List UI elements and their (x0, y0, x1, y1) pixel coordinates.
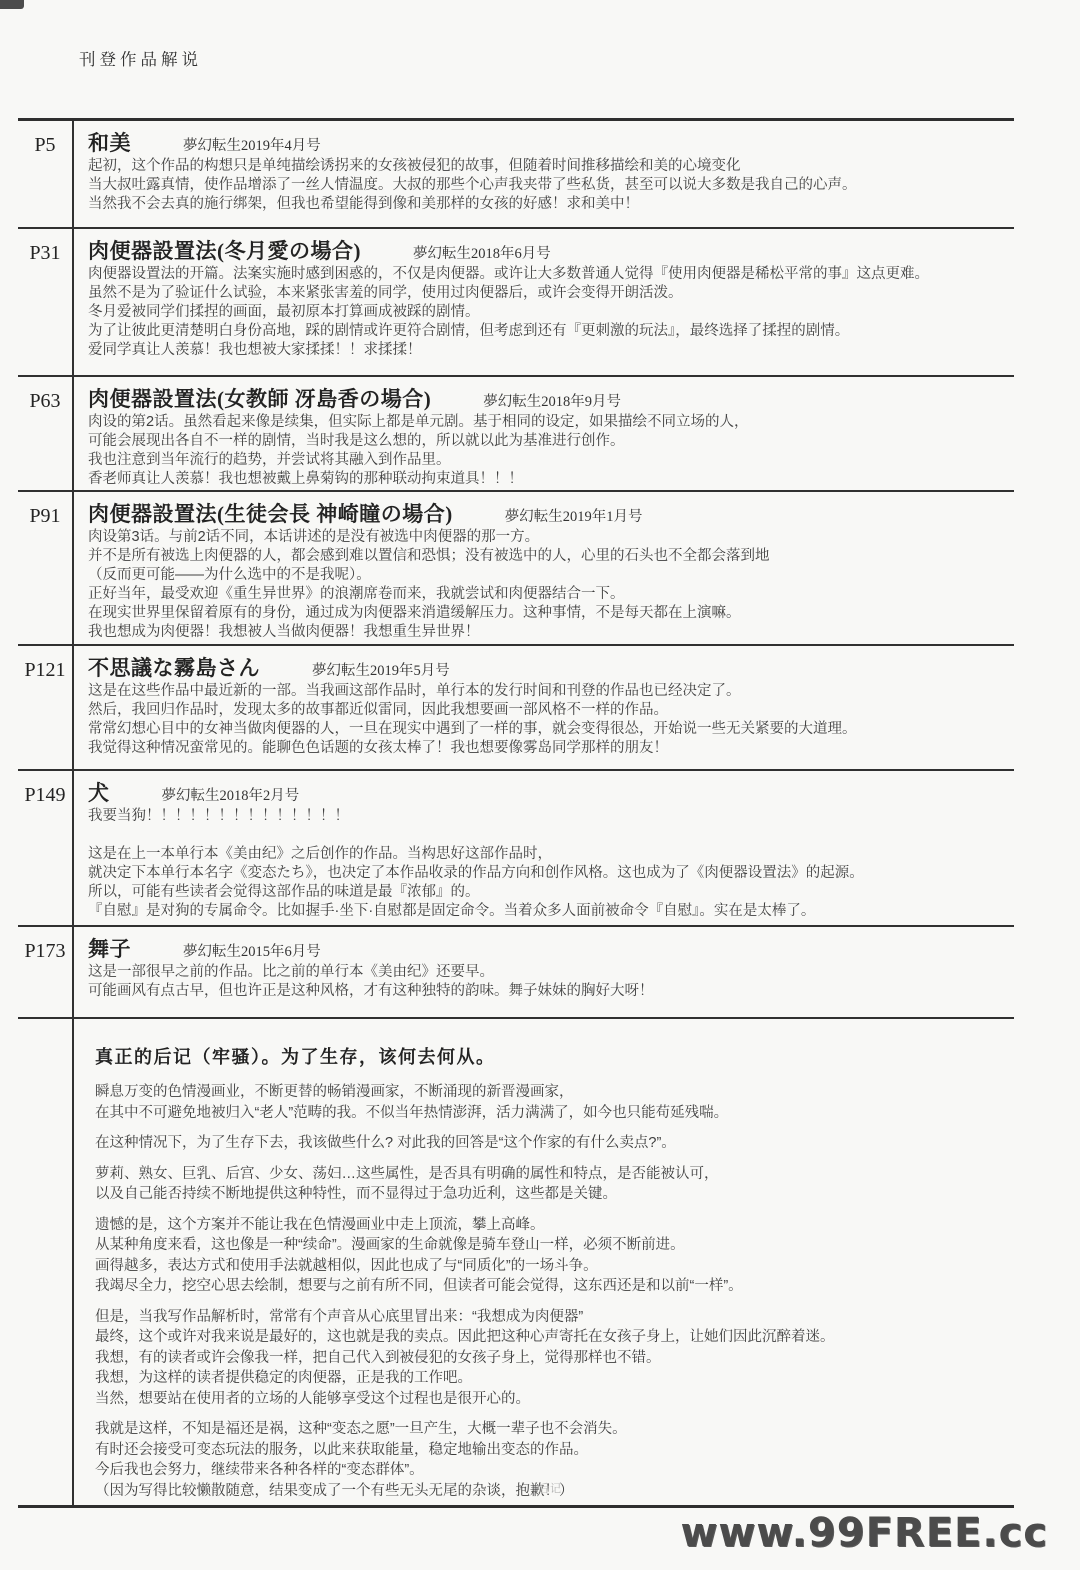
table-row-p63: P63 肉便器設置法(女教師 冴島香の場合) 夢幻転生2018年9月号 肉设的第… (18, 377, 1014, 492)
table-row-p121: P121 不思議な霧島さん 夢幻転生2019年5月号 这是在这些作品中最近新的一… (18, 646, 1014, 771)
afterword-heading: 真正的后记（牢骚）。为了生存，该何去何从。 (95, 1043, 1002, 1069)
page-title: 刊登作品解说 (79, 46, 202, 70)
afterword-paragraph: 但是，当我写作品解析时，常常有个声音从心底里冒出来：“我想成为肉便器” 最终，这… (95, 1307, 1002, 1410)
work-commentary: 肉便器设置法的开篇。法案实施时感到困惑的，不仅是肉便器。或许让大多数普通人觉得『… (88, 265, 1004, 360)
magazine-issue: 夢幻転生2018年6月号 (413, 242, 551, 263)
work-title: 舞子 (88, 933, 131, 963)
work-commentary: 肉设的第2话。虽然看起来像是续集，但实际上都是单元剧。基于相同的设定，如果描绘不… (88, 413, 1004, 489)
page-number-empty (18, 1019, 74, 1505)
page-number: P5 (18, 121, 74, 227)
work-title: 肉便器設置法(生徒会長 神崎瞳の場合) (88, 498, 453, 528)
table-row-p149: P149 犬 夢幻転生2018年2月号 我要当狗！！！！！！！！！！！！！！ 这… (18, 771, 1014, 927)
works-table: P5 和美 夢幻転生2019年4月号 起初，这个作品的构想只是单纯描绘诱拐来的女… (18, 118, 1014, 1508)
afterword-paragraph: 遗憾的是，这个方案并不能让我在色情漫画业中走上顶流，攀上高峰。 从某种角度来看，… (95, 1215, 1002, 1297)
faint-afterword-label: 后记 (538, 1480, 562, 1496)
work-commentary: 这是在这些作品中最近新的一部。当我画这部作品时，单行本的发行时间和刊登的作品也已… (88, 682, 1004, 758)
magazine-issue: 夢幻転生2019年4月号 (183, 134, 321, 155)
page-number: P91 (18, 492, 74, 644)
table-row-p31: P31 肉便器設置法(冬月愛の場合) 夢幻転生2018年6月号 肉便器设置法的开… (18, 229, 1014, 377)
work-title: 犬 (88, 777, 110, 807)
work-commentary: 肉设第3话。与前2话不同，本话讲述的是没有被选中肉便器的那一方。 并不是所有被选… (88, 528, 1004, 642)
page-number: P149 (18, 771, 74, 925)
magazine-issue: 夢幻転生2019年5月号 (312, 659, 450, 680)
work-commentary: 起初，这个作品的构想只是单纯描绘诱拐来的女孩被侵犯的故事，但随着时间推移描绘和美… (88, 157, 1004, 214)
magazine-issue: 夢幻転生2018年9月号 (483, 390, 621, 411)
table-row-p173: P173 舞子 夢幻転生2015年6月号 这是一部很早之前的作品。比之前的单行本… (18, 927, 1014, 1019)
magazine-issue: 夢幻転生2018年2月号 (162, 784, 300, 805)
watermark: www.99FREE.cc (680, 1510, 1048, 1556)
work-title: 不思議な霧島さん (88, 652, 260, 682)
afterword-row: 真正的后记（牢骚）。为了生存，该何去何从。 瞬息万变的色情漫画业，不断更替的畅销… (18, 1019, 1014, 1505)
work-title: 和美 (88, 127, 131, 157)
page-number: P173 (18, 927, 74, 1017)
page-number: P63 (18, 377, 74, 490)
afterword-paragraph: 萝莉、熟女、巨乳、后宫、少女、荡妇…这些属性，是否具有明确的属性和特点，是否能被… (95, 1164, 1002, 1205)
afterword-paragraph: 瞬息万变的色情漫画业，不断更替的畅销漫画家，不断涌现的新晋漫画家， 在其中不可避… (95, 1082, 1002, 1123)
table-row-p91: P91 肉便器設置法(生徒会長 神崎瞳の場合) 夢幻転生2019年1月号 肉设第… (18, 492, 1014, 646)
work-commentary: 这是一部很早之前的作品。比之前的单行本《美由纪》还要早。 可能画风有点古早，但也… (88, 963, 1004, 1001)
scan-artifact (0, 0, 24, 9)
page-number: P121 (18, 646, 74, 769)
work-title: 肉便器設置法(冬月愛の場合) (88, 235, 361, 265)
work-title: 肉便器設置法(女教師 冴島香の場合) (88, 383, 431, 413)
page-number: P31 (18, 229, 74, 375)
magazine-issue: 夢幻転生2015年6月号 (183, 940, 321, 961)
afterword-paragraph: 在这种情况下，为了生存下去，我该做些什么? 对此我的回答是“这个作家的有什么卖点… (95, 1133, 1002, 1154)
table-row-p5: P5 和美 夢幻転生2019年4月号 起初，这个作品的构想只是单纯描绘诱拐来的女… (18, 121, 1014, 229)
work-commentary: 我要当狗！！！！！！！！！！！！！！ 这是在上一本单行本《美由纪》之后创作的作品… (88, 807, 1004, 921)
magazine-issue: 夢幻転生2019年1月号 (505, 505, 643, 526)
